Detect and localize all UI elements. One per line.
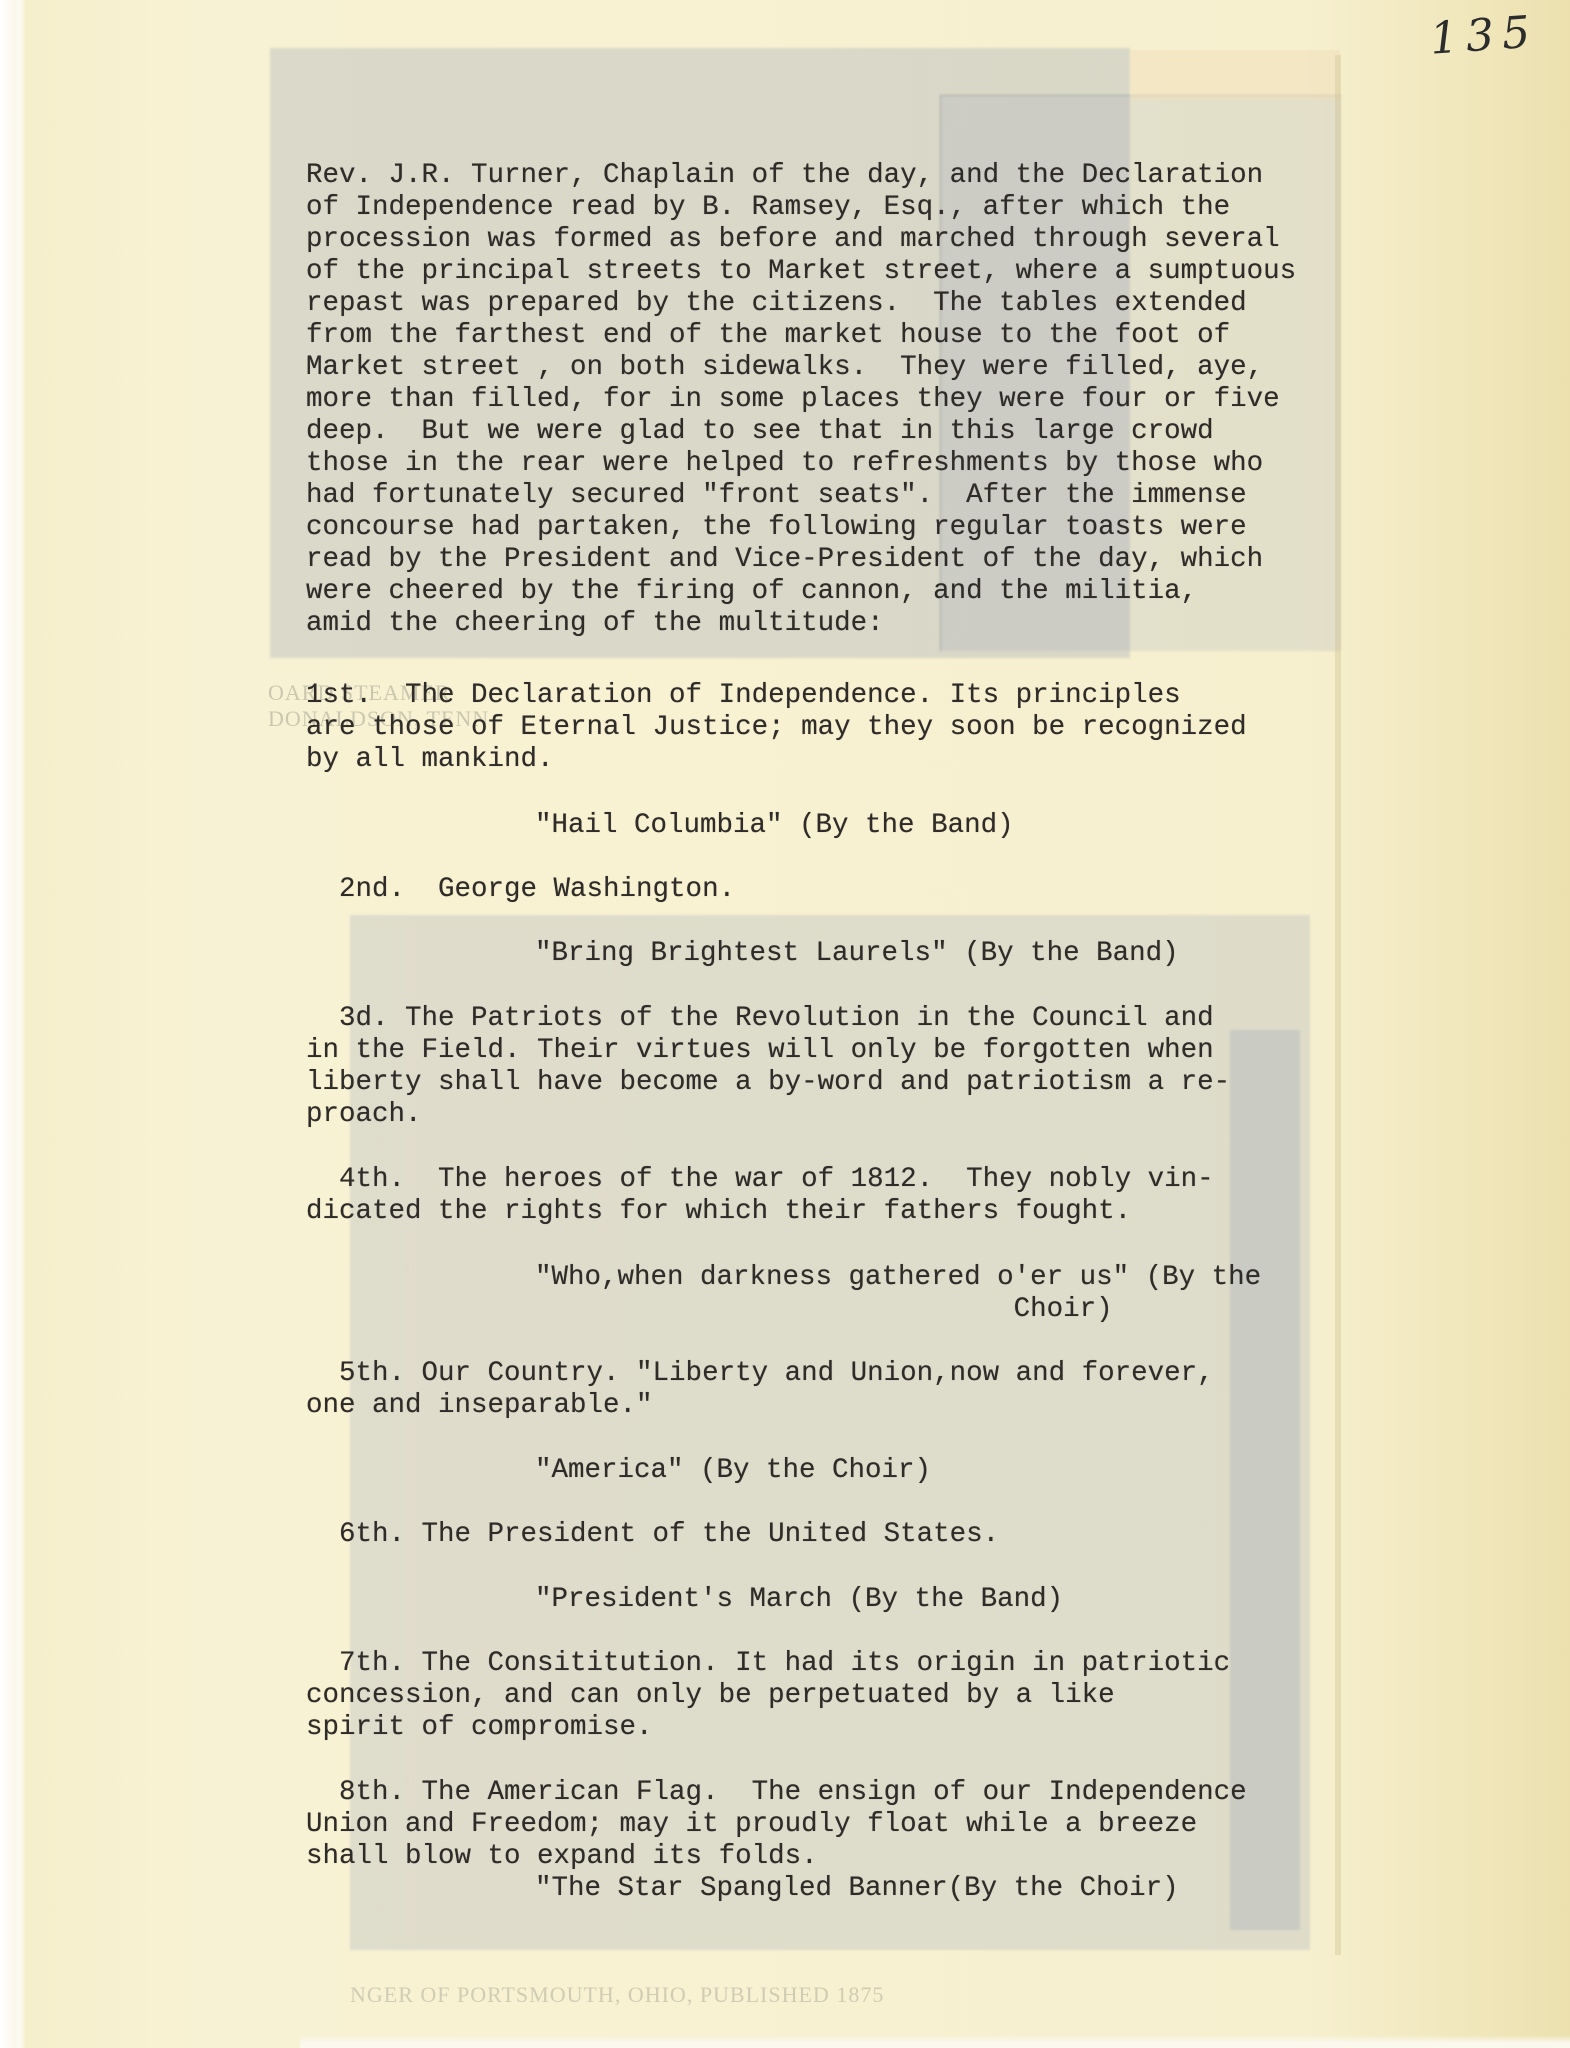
- handwritten-page-number: 135: [1428, 6, 1539, 64]
- toast-7: 7th. The Consititution. It had its origi…: [306, 1648, 1230, 1744]
- pasted-paper-panel: [1130, 50, 1340, 100]
- toast-4-music: "Who,when darkness gathered o'er us" (By…: [535, 1262, 1261, 1326]
- toast-4: 4th. The heroes of the war of 1812. They…: [306, 1164, 1214, 1228]
- toast-8: 8th. The American Flag. The ensign of ou…: [306, 1777, 1247, 1873]
- bleed-through-caption: NGER OF PORTSMOUTH, OHIO, PUBLISHED 1875: [350, 1982, 884, 2008]
- toast-1: 1st. The Declaration of Independence. It…: [306, 680, 1247, 776]
- toast-5-music: "America" (By the Choir): [535, 1455, 931, 1487]
- clipping-edge: [1335, 55, 1341, 1955]
- toast-2: 2nd. George Washington.: [306, 874, 735, 906]
- toast-6-music: "President's March (By the Band): [535, 1584, 1063, 1616]
- intro-paragraph: Rev. J.R. Turner, Chaplain of the day, a…: [306, 160, 1296, 640]
- torn-bottom-edge: [300, 2035, 1570, 2048]
- toast-8-music: "The Star Spangled Banner(By the Choir): [535, 1873, 1179, 1905]
- toast-5: 5th. Our Country. "Liberty and Union,now…: [306, 1358, 1214, 1422]
- toast-6: 6th. The President of the United States.: [306, 1519, 999, 1551]
- toast-2-music: "Bring Brightest Laurels" (By the Band): [535, 938, 1179, 970]
- document-page: OARD STEAMER DONALDSON, TENN NGER OF POR…: [0, 0, 1570, 2048]
- toast-1-music: "Hail Columbia" (By the Band): [535, 810, 1014, 842]
- toast-3: 3d. The Patriots of the Revolution in th…: [306, 1003, 1230, 1131]
